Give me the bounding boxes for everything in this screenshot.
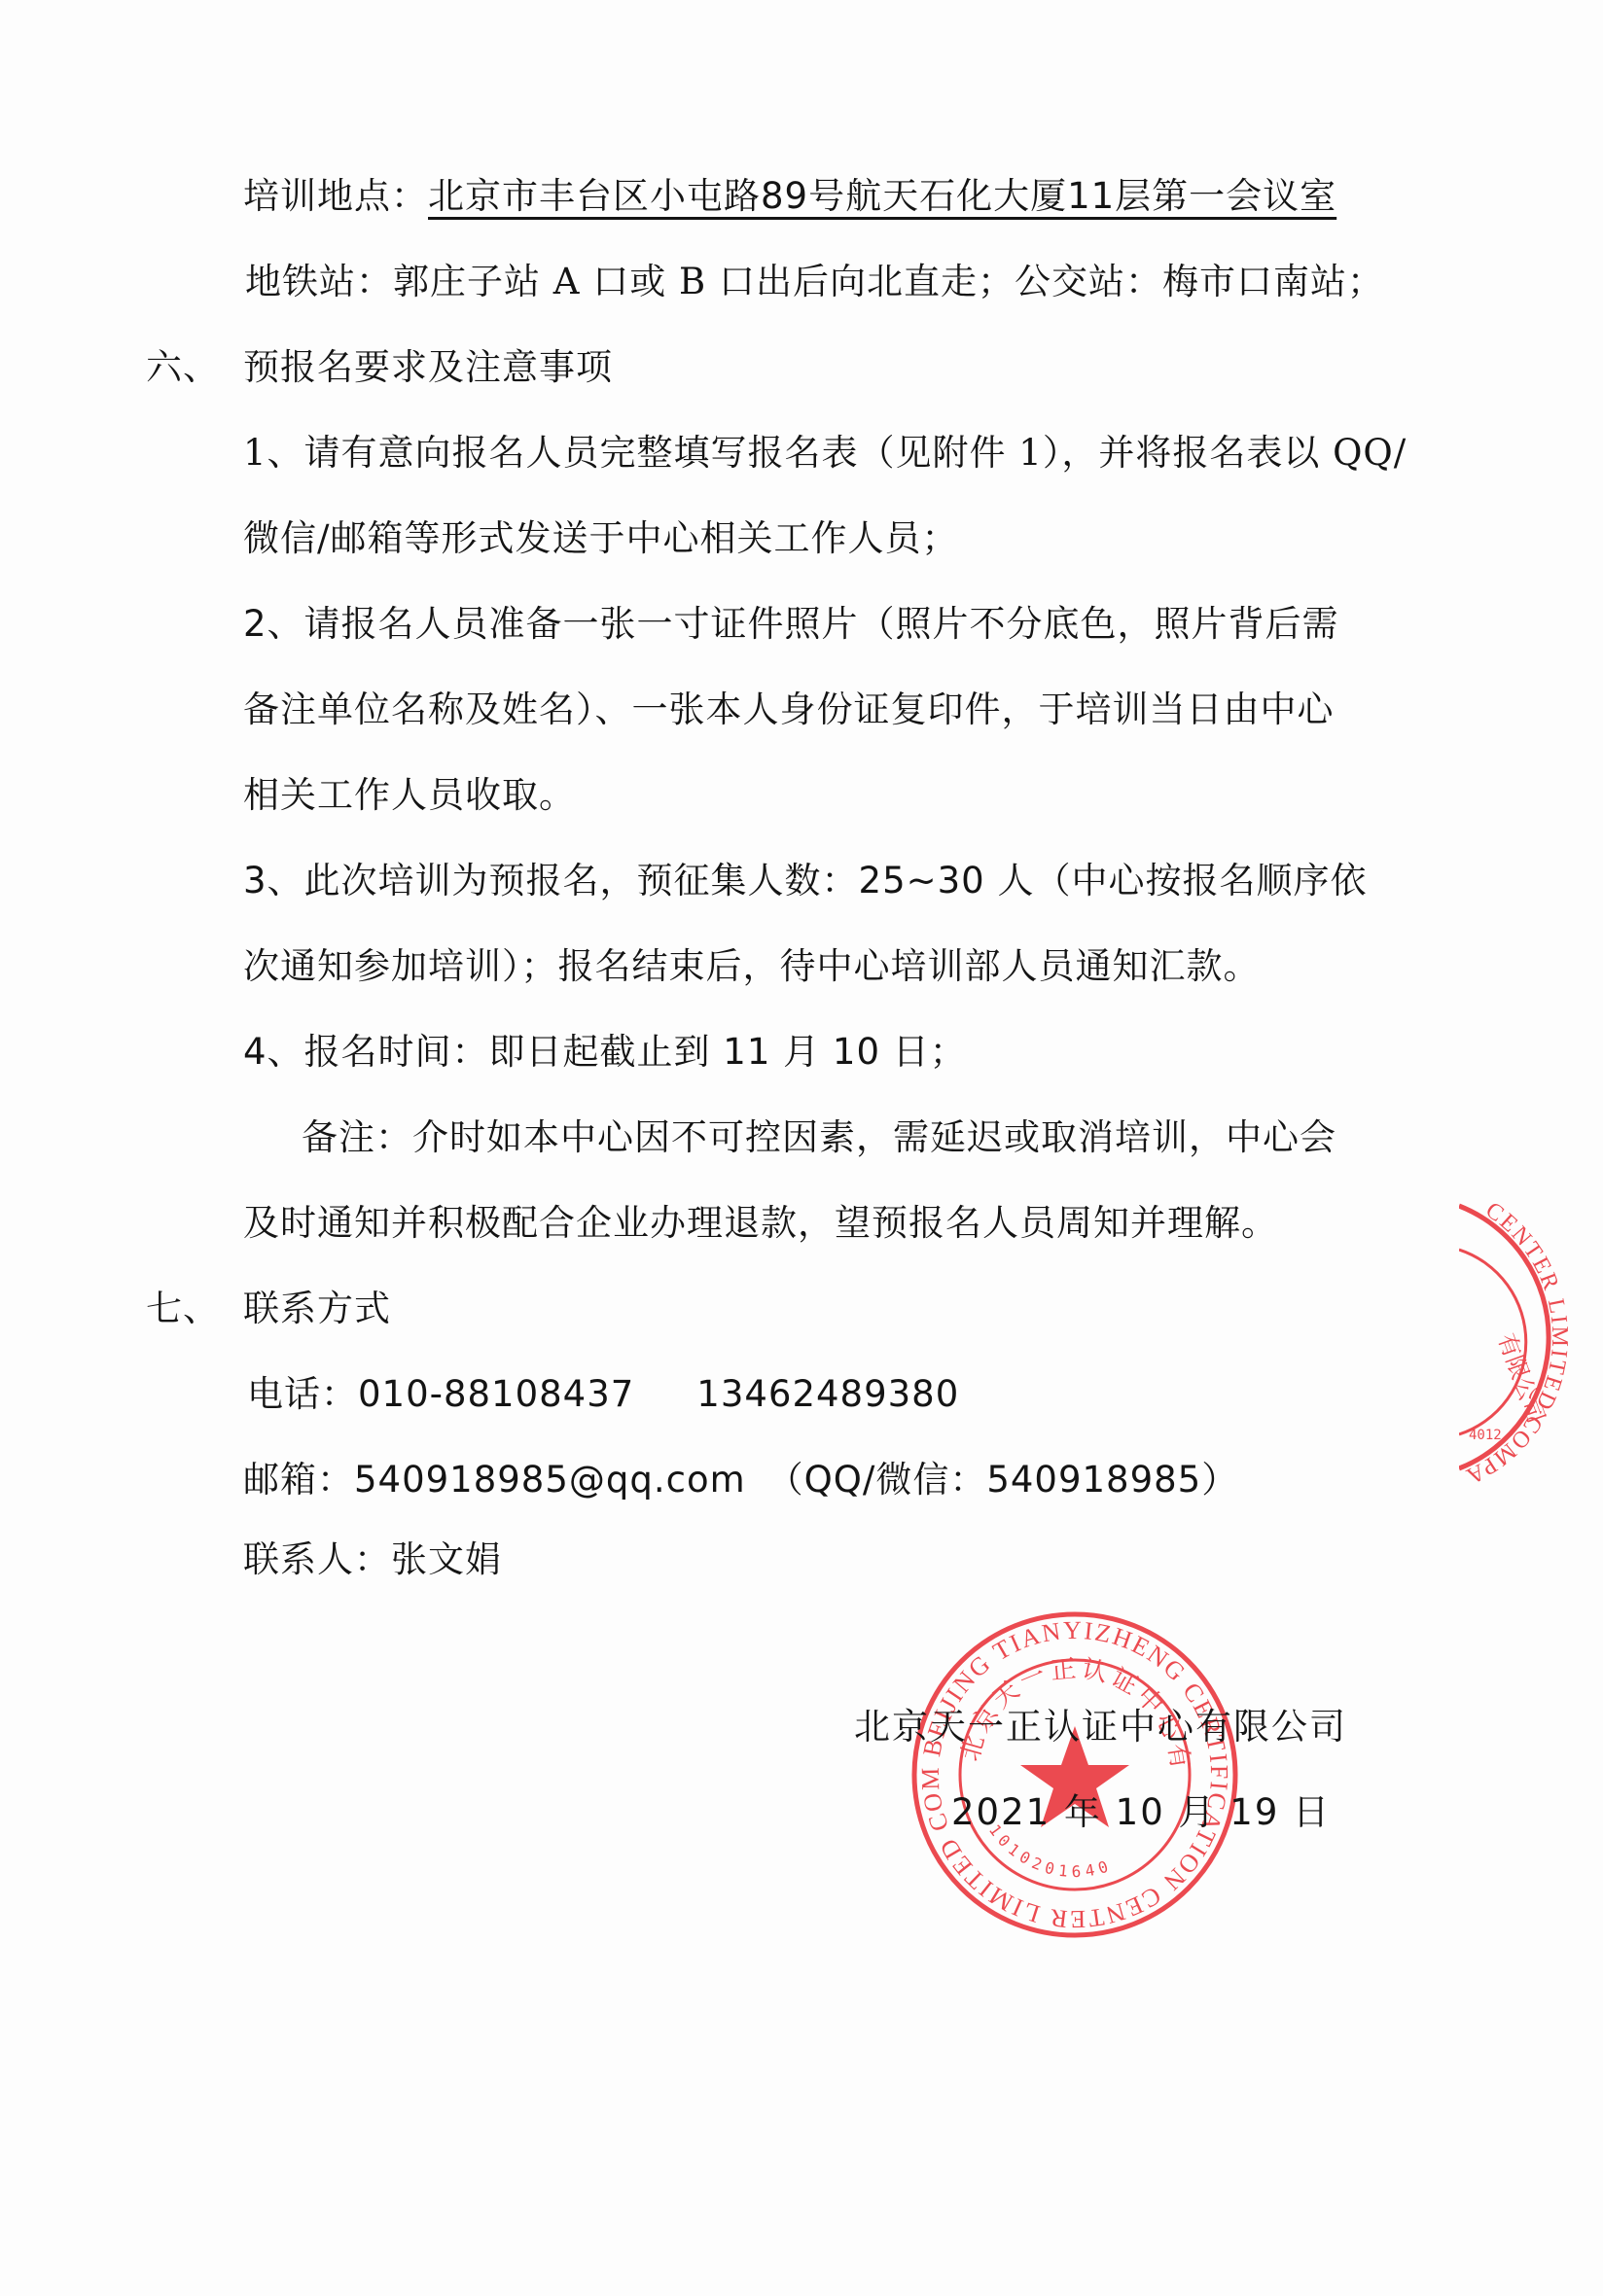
- section-6-heading: 六、预报名要求及注意事项: [146, 344, 613, 391]
- email-address[interactable]: 540918985@qq.com: [354, 1459, 746, 1501]
- edge-seal-outer-text: CENTER LIMITED COMPANY: [1459, 1191, 1572, 1483]
- contact-line: 联系人：张文娟: [243, 1537, 502, 1583]
- qq-wechat: （QQ/微信：540918985）: [767, 1459, 1239, 1501]
- phone-label: 电话：: [247, 1373, 358, 1415]
- transit-line: 地铁站：郭庄子站 A 口或 B 口出后向北直走；公交站：梅市口南站；: [245, 259, 1384, 305]
- venue-label: 培训地点：: [243, 175, 428, 217]
- subway-text: 郭庄子站 A 口或 B 口出后向北直走；: [393, 261, 1015, 302]
- section-6-title: 预报名要求及注意事项: [243, 346, 613, 388]
- company-seal-stamp: BEIJING TIANYIZHENG CERTIFICATION CENTER…: [909, 1609, 1240, 1940]
- venue-address: 北京市丰台区小屯路89号航天石化大厦11层第一会议室: [428, 175, 1336, 217]
- note-line-2: 及时通知并积极配合企业办理退款，望预报名人员周知并理解。: [243, 1200, 1278, 1247]
- document-page: 培训地点：北京市丰台区小屯路89号航天石化大厦11层第一会议室 地铁站：郭庄子站…: [0, 0, 1603, 2296]
- company-name: 北京天一正认证中心有限公司: [854, 1704, 1347, 1750]
- edge-seal-code: 4012: [1469, 1428, 1502, 1443]
- contact-name: 张文娟: [391, 1538, 502, 1580]
- item-3-line-2: 次通知参加培训）；报名结束后，待中心培训部人员通知汇款。: [243, 943, 1261, 990]
- item-2-line-3: 相关工作人员收取。: [243, 772, 576, 819]
- section-6-number: 六、: [146, 344, 243, 391]
- venue-line: 培训地点：北京市丰台区小屯路89号航天石化大厦11层第一会议室: [243, 173, 1336, 220]
- bus-text: 梅市口南站；: [1162, 261, 1384, 302]
- phone-2[interactable]: 13462489380: [696, 1373, 959, 1415]
- contact-label: 联系人：: [243, 1538, 391, 1580]
- item-2-line-1: 2、请报名人员准备一张一寸证件照片（照片不分底色，照片背后需: [243, 601, 1339, 648]
- phone-1[interactable]: 010-88108437: [358, 1373, 634, 1415]
- edge-seal-inner-text: 有限公司: [1492, 1329, 1550, 1427]
- email-label: 邮箱：: [243, 1459, 354, 1501]
- item-3-line-1: 3、此次培训为预报名，预征集人数：25~30 人（中心按报名顺序依: [243, 858, 1367, 904]
- section-7-heading: 七、联系方式: [146, 1286, 391, 1332]
- signature-date: 2021 年 10 月 19 日: [951, 1789, 1331, 1836]
- item-1-line-2: 微信/邮箱等形式发送于中心相关工作人员；: [243, 515, 958, 562]
- seal-outer-text: BEIJING TIANYIZHENG CERTIFICATION CENTER…: [909, 1609, 1233, 1933]
- bus-label: 公交站：: [1015, 261, 1162, 302]
- section-7-title: 联系方式: [243, 1288, 391, 1329]
- email-line: 邮箱：540918985@qq.com（QQ/微信：540918985）: [243, 1457, 1238, 1503]
- subway-label: 地铁站：: [245, 261, 393, 302]
- item-2-line-2: 备注单位名称及姓名）、一张本人身份证复印件，于培训当日由中心: [243, 687, 1335, 733]
- phone-line: 电话：010-8810843713462489380: [247, 1371, 959, 1418]
- item-4-line-1: 4、报名时间：即日起截止到 11 月 10 日；: [243, 1029, 967, 1076]
- item-1-line-1: 1、请有意向报名人员完整填写报名表（见附件 1），并将报名表以 QQ/: [243, 430, 1407, 477]
- note-line-1: 备注：介时如本中心因不可控因素，需延迟或取消培训，中心会: [302, 1114, 1336, 1161]
- edge-seal-stamp: CENTER LIMITED COMPANY 有限公司 4012: [1459, 1191, 1603, 1483]
- svg-text:CENTER LIMITED COMPANY: CENTER LIMITED COMPANY: [1459, 1191, 1572, 1483]
- svg-text:BEIJING TIANYIZHENG CERTIFICAT: BEIJING TIANYIZHENG CERTIFICATION CENTER…: [909, 1609, 1233, 1933]
- section-7-number: 七、: [146, 1286, 243, 1332]
